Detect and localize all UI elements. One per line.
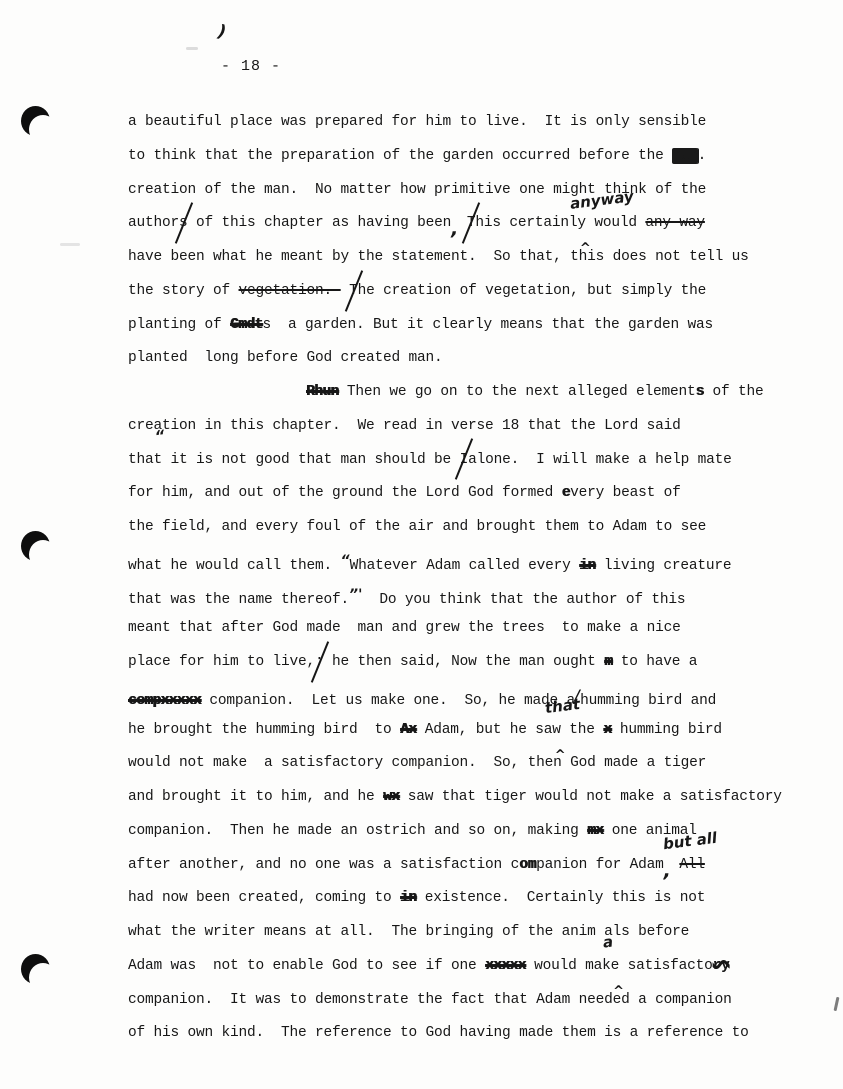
- text-line: a beautiful place was prepared for him t…: [128, 106, 833, 140]
- typed-text: satisfacto: [619, 958, 713, 974]
- correction-mark: T: [349, 275, 358, 309]
- correction-mark: wx: [383, 789, 399, 805]
- correction-mark: compxxxxx: [128, 693, 201, 709]
- typed-text: place for him to live,: [128, 654, 315, 670]
- typed-text: saw that tiger would not make a satisfac…: [399, 789, 782, 805]
- text-line: he brought the humming bird to Ax Adam, …: [128, 714, 833, 748]
- typed-text: the field, and every foul of the air and…: [128, 519, 706, 535]
- text-line: planting of Gmdts a garden. But it clear…: [128, 309, 833, 343]
- handwritten-mark: ”': [349, 587, 362, 603]
- typed-text-block: a beautiful place was prepared for him t…: [128, 106, 833, 1051]
- typed-text: very beast of: [570, 485, 681, 501]
- text-line: had now been created, coming to in exist…: [128, 882, 833, 916]
- text-line: meant that after God made man and grew t…: [128, 612, 833, 646]
- typed-text: companion. It was to demonstrate the fac…: [128, 992, 732, 1008]
- typed-text: the story of: [128, 283, 239, 299]
- text-line: creation in this chapter. We read in ver…: [128, 410, 833, 444]
- typed-text: that was the name thereof.: [128, 592, 349, 608]
- text-line: would not make a satisfactory companion.…: [128, 747, 833, 781]
- typed-text: Do you think that the author of this: [362, 592, 685, 608]
- typed-text: humming bird and: [580, 693, 716, 709]
- text-line: that “it is not good that man should be …: [128, 444, 833, 478]
- typed-text: would not make a satisfactory companion.…: [128, 755, 706, 771]
- typed-text: creation in this chapter. We read in ver…: [128, 418, 681, 434]
- typed-text: his certainly: [475, 215, 586, 231]
- text-line: to think that the preparation of the gar…: [128, 140, 833, 174]
- typed-text: what he would call them.: [128, 558, 341, 574]
- text-line: creation of the man. No matter how primi…: [128, 174, 833, 208]
- correction-mark: e: [562, 485, 571, 501]
- correction-mark: Gmdt: [230, 317, 262, 333]
- typed-text: have been what he meant by the statement…: [128, 249, 749, 265]
- correction-mark: s: [179, 207, 188, 241]
- text-line: compxxxxx companion. Let us make one. So…: [128, 680, 833, 714]
- correction-mark: ry: [713, 958, 730, 974]
- stray-pen-mark: ): [216, 21, 227, 42]
- correction-mark: any way: [645, 215, 705, 231]
- typed-text: planted long before God created man.: [128, 350, 443, 366]
- correction-mark: vegetation.—: [239, 283, 341, 299]
- hole-punch-mark-icon: [21, 531, 55, 567]
- correction-mark: m: [604, 654, 612, 670]
- text-line: what the writer means at all. The bringi…: [128, 916, 833, 950]
- typed-text: companion. Let us make one. So, he made …: [201, 693, 575, 709]
- text-line: Rhun Then we go on to the next alleged e…: [128, 376, 833, 410]
- typed-text: to think that the preparation of the gar…: [128, 148, 672, 164]
- typed-text: meant that after God made man and grew t…: [128, 620, 681, 636]
- hole-punch-mark-icon: [21, 106, 55, 142]
- typed-text: after another, and no one was a satisfac…: [128, 857, 519, 873]
- text-line: after another, and no one was a satisfac…: [128, 849, 833, 883]
- handwritten-mark: “: [341, 553, 350, 569]
- edge-pen-tick: [834, 997, 840, 1011]
- correction-mark: mx: [587, 823, 603, 839]
- page-number: - 18 -: [221, 58, 281, 75]
- correction-mark: ;: [315, 646, 324, 680]
- text-line: have been what he meant by the statement…: [128, 241, 833, 275]
- text-line: of his own kind. The reference to God ha…: [128, 1017, 833, 1051]
- typed-text: s a garden. But it clearly means that th…: [262, 317, 713, 333]
- correction-mark: om: [519, 857, 536, 873]
- typed-text: he brought the humming bird to: [128, 722, 400, 738]
- typed-text: of the: [704, 384, 764, 400]
- typed-text: companion. Then he made an ostrich and s…: [128, 823, 587, 839]
- typed-text: it is not good that man should be: [171, 452, 460, 468]
- text-line: Adam was not to enable God to see if one…: [128, 950, 833, 984]
- text-line: companion. It was to demonstrate the fac…: [128, 984, 833, 1018]
- typed-text: a beautiful place was prepared for him t…: [128, 114, 706, 130]
- typed-text: of this chapter as having been: [188, 215, 452, 231]
- typed-text: existence. Certainly this is not: [416, 890, 705, 906]
- text-line: the field, and every foul of the air and…: [128, 511, 833, 545]
- correction-mark: Ax: [400, 722, 416, 738]
- text-line: companion. Then he made an ostrich and s…: [128, 815, 833, 849]
- hole-punch-mark-icon: [21, 954, 55, 990]
- typed-text: he creation of vegetation, but simply th…: [358, 283, 707, 299]
- text-line: authors of this chapter as having been, …: [128, 207, 833, 241]
- typed-text: and brought it to him, and he: [128, 789, 383, 805]
- scan-smudge: [60, 243, 80, 246]
- correction-mark: s: [695, 384, 704, 400]
- correction-mark: Rhun: [306, 384, 338, 400]
- typed-text: that: [128, 452, 171, 468]
- typed-text: Then we go on to the next alleged elemen…: [338, 384, 695, 400]
- typed-text: alone. I will make a help mate: [468, 452, 732, 468]
- typed-text: the: [561, 722, 604, 738]
- typed-text: for him, and out of the ground the Lord …: [128, 485, 562, 501]
- text-line: planted long before God created man.: [128, 342, 833, 376]
- typed-text: to have a: [612, 654, 697, 670]
- text-line: what he would call them. “Whatever Adam …: [128, 545, 833, 579]
- typed-text: Whatever Adam called every: [350, 558, 580, 574]
- typed-text: had now been created, coming to: [128, 890, 400, 906]
- typed-text: planting of: [128, 317, 230, 333]
- typed-text: living creature: [595, 558, 731, 574]
- typed-text: Adam was not to enable God to see if one: [128, 958, 485, 974]
- correction-mark: I: [460, 444, 469, 478]
- correction-mark: T: [467, 207, 476, 241]
- typed-text: [341, 283, 350, 299]
- typed-text: humming bird: [611, 722, 722, 738]
- text-line: that was the name thereof.”' Do you thin…: [128, 579, 833, 613]
- typed-text: .: [698, 148, 707, 164]
- typed-text: author: [128, 215, 179, 231]
- text-line: for him, and out of the ground the Lord …: [128, 477, 833, 511]
- correction-mark: xxxxx: [485, 958, 526, 974]
- text-line: and brought it to him, and he wx saw tha…: [128, 781, 833, 815]
- typed-text: [458, 215, 467, 231]
- typed-text: panion for Adam: [536, 857, 664, 873]
- typed-text: of his own kind. The reference to God ha…: [128, 1025, 749, 1041]
- typed-text: Adam, but he saw: [416, 722, 561, 738]
- handwritten-mark: ,: [664, 860, 671, 882]
- text-line: place for him to live,; he then said, No…: [128, 646, 833, 680]
- text-line: the story of vegetation.— The creation o…: [128, 275, 833, 309]
- correction-mark: in: [579, 558, 595, 574]
- scanned-typescript-page: ) - 18 - a beautiful place was prepared …: [0, 0, 843, 1089]
- correction-mark: in: [400, 890, 416, 906]
- scan-smudge: [186, 47, 198, 50]
- correction-mark: man: [672, 148, 698, 164]
- typed-text: he then said, Now the man ought: [324, 654, 605, 670]
